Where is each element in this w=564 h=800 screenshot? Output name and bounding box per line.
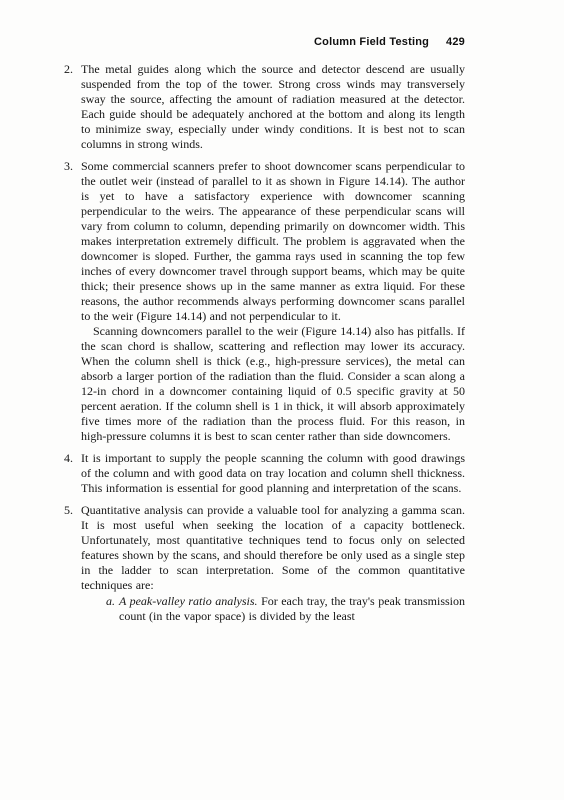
item-number: 2.: [64, 62, 73, 77]
list-item-4: 4. It is important to supply the people …: [65, 451, 465, 496]
paragraph: Scanning downcomers parallel to the weir…: [81, 324, 465, 444]
subitem-marker: a.: [106, 594, 115, 609]
sub-list-item-a: a. A peak-valley ratio analysis. For eac…: [81, 594, 465, 624]
item-number: 5.: [64, 503, 73, 518]
paragraph: It is important to supply the people sca…: [81, 451, 465, 496]
chapter-title: Column Field Testing: [314, 36, 429, 48]
paragraph: Some commercial scanners prefer to shoot…: [81, 159, 465, 324]
book-page: Column Field Testing 429 2. The metal gu…: [0, 0, 564, 800]
page-number: 429: [446, 36, 465, 48]
item-number: 3.: [64, 159, 73, 174]
running-head: Column Field Testing 429: [65, 36, 465, 48]
item-number: 4.: [64, 451, 73, 466]
list-item-5: 5. Quantitative analysis can provide a v…: [65, 503, 465, 624]
paragraph: Quantitative analysis can provide a valu…: [81, 503, 465, 593]
list-item-2: 2. The metal guides along which the sour…: [65, 62, 465, 152]
subitem-paragraph: A peak-valley ratio analysis. For each t…: [119, 594, 465, 624]
subitem-term: A peak-valley ratio analysis.: [119, 594, 258, 608]
paragraph: The metal guides along which the source …: [81, 62, 465, 152]
page-body: 2. The metal guides along which the sour…: [65, 62, 465, 631]
list-item-3: 3. Some commercial scanners prefer to sh…: [65, 159, 465, 444]
